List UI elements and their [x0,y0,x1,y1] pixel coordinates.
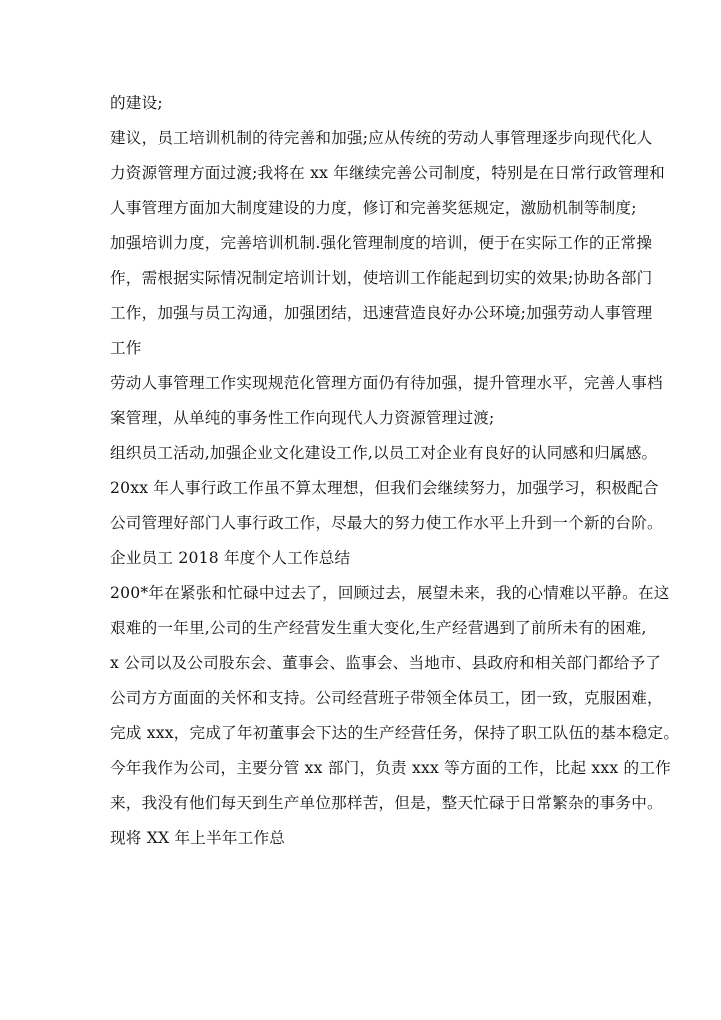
text-line: 来，我没有他们每天到生产单位那样苦，但是，整天忙碌于日常繁杂的事务中。 [110,791,614,826]
text-line: 案管理，从单纯的事务性工作向现代人力资源管理过渡; [110,406,614,441]
text-line: 工作 [110,336,614,371]
text-line: 艰难的一年里,公司的生产经营发生重大变化,生产经营遇到了前所未有的困难, [110,616,614,651]
section-heading: 企业员工 2018 年度个人工作总结 [110,546,614,581]
text-line: 建议，员工培训机制的待完善和加强;应从传统的劳动人事管理逐步向现代化人 [110,126,614,161]
text-line: 组织员工活动,加强企业文化建设工作,以员工对企业有良好的认同感和归属感。 [110,441,614,476]
text-line: 力资源管理方面过渡;我将在 xx 年继续完善公司制度，特别是在日常行政管理和 [110,161,614,196]
text-line: 劳动人事管理工作实现规范化管理方面仍有待加强，提升管理水平，完善人事档 [110,371,614,406]
text-line: 公司方方面面的关怀和支持。公司经营班子带领全体员工，团一致，克服困难， [110,686,614,721]
text-line: 200*年在紧张和忙碌中过去了，回顾过去，展望未来，我的心情难以平静。在这 [110,581,614,616]
text-line: 完成 xxx，完成了年初董事会下达的生产经营任务，保持了职工队伍的基本稳定。 [110,721,614,756]
text-line: 今年我作为公司，主要分管 xx 部门，负责 xxx 等方面的工作，比起 xxx … [110,756,614,791]
text-line: 的建设; [110,91,614,126]
text-line: 现将 XX 年上半年工作总 [110,826,614,861]
text-line: 作，需根据实际情况制定培训计划，使培训工作能起到切实的效果;协助各部门 [110,266,614,301]
text-line: 加强培训力度，完善培训机制.强化管理制度的培训，便于在实际工作的正常操 [110,231,614,266]
text-line: 公司管理好部门人事行政工作，尽最大的努力使工作水平上升到一个新的台阶。 [110,511,614,546]
text-line: 20xx 年人事行政工作虽不算太理想，但我们会继续努力，加强学习，积极配合 [110,476,614,511]
text-line: 工作，加强与员工沟通，加强团结，迅速营造良好办公环境;加强劳动人事管理 [110,301,614,336]
text-line: 人事管理方面加大制度建设的力度，修订和完善奖惩规定，激励机制等制度; [110,196,614,231]
document-page: 的建设; 建议，员工培训机制的待完善和加强;应从传统的劳动人事管理逐步向现代化人… [110,91,614,861]
text-line: x 公司以及公司股东会、董事会、监事会、当地市、县政府和相关部门都给予了 [110,651,614,686]
